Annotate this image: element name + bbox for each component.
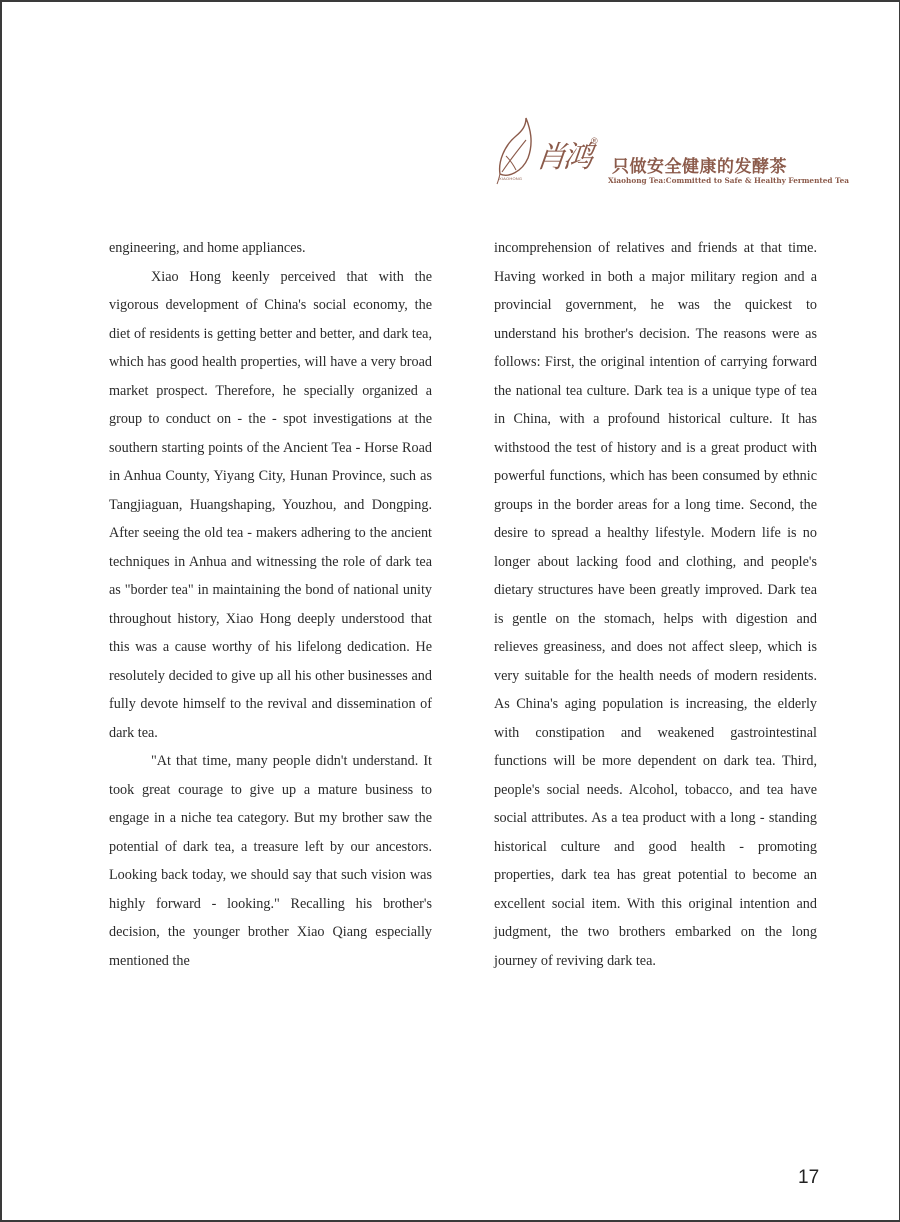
brand-header: XIAOHONG 肖鸿 ® 只做安全健康的发酵茶 Xiaohong Tea:Co… — [496, 116, 826, 192]
paragraph: "At that time, many people didn't unders… — [109, 747, 432, 975]
paragraph: Xiao Hong keenly perceived that with the… — [109, 263, 432, 748]
registered-mark: ® — [591, 136, 598, 146]
page: XIAOHONG 肖鸿 ® 只做安全健康的发酵茶 Xiaohong Tea:Co… — [0, 0, 900, 1222]
slogan-english: Xiaohong Tea:Committed to Safe & Healthy… — [608, 176, 849, 185]
paragraph: engineering, and home appliances. — [109, 234, 432, 263]
paragraph: incomprehension of relatives and friends… — [494, 234, 817, 975]
logo-caption: XIAOHONG — [499, 176, 522, 181]
left-text-column: engineering, and home appliances. Xiao H… — [109, 234, 432, 975]
slogan-chinese: 只做安全健康的发酵茶 — [612, 152, 787, 177]
brand-name-chinese: 肖鸿 — [534, 138, 592, 178]
page-number: 17 — [798, 1167, 819, 1189]
right-text-column: incomprehension of relatives and friends… — [494, 234, 817, 975]
